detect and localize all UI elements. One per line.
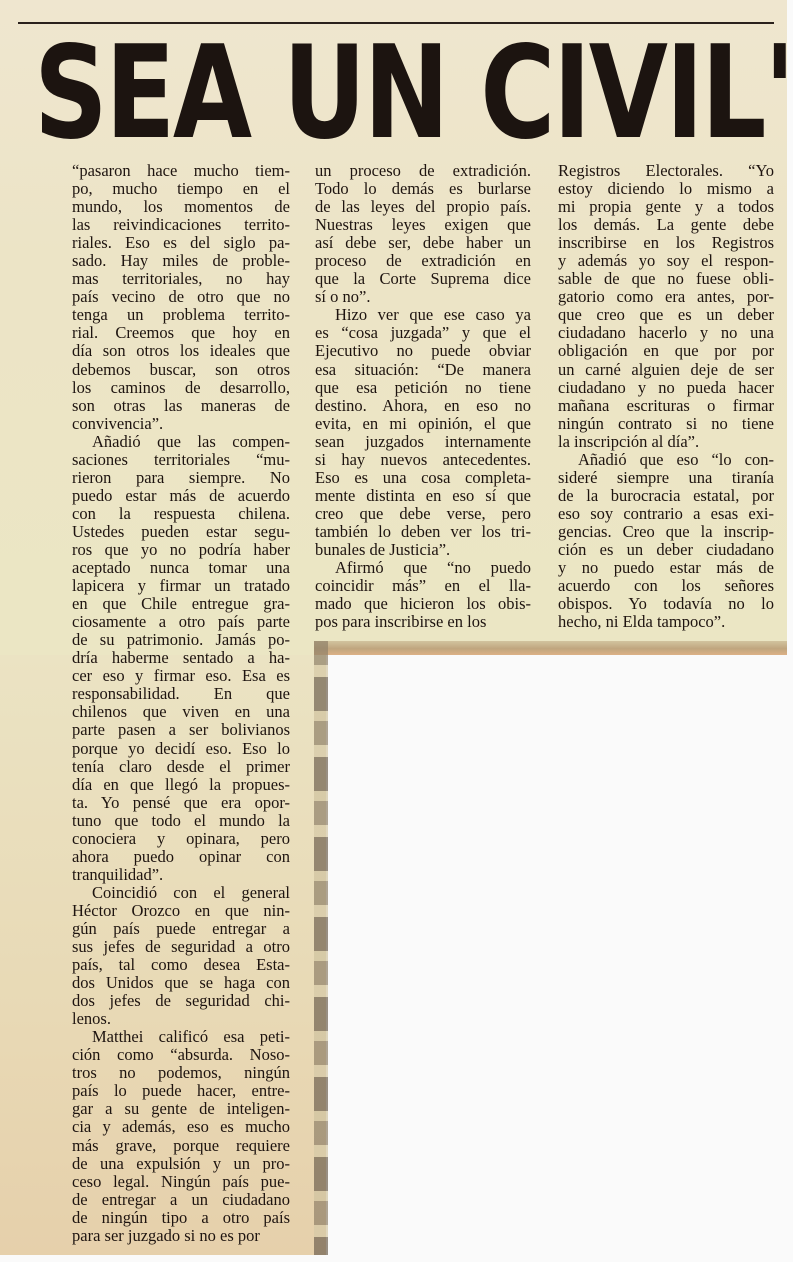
article-text-line: día en que llegó la propues- (72, 776, 290, 794)
article-text-line: ción es un deber ciudadano (558, 541, 774, 559)
article-text-line: de la burocracia estatal, por (558, 487, 774, 505)
article-text-line: Héctor Orozco en que nin- (72, 902, 290, 920)
article-text-line: ciosamente a otro país parte (72, 613, 290, 631)
article-text-line: convivencia”. (72, 415, 290, 433)
article-text-line: ción como “absurda. Noso- (72, 1046, 290, 1064)
article-text-line: obligación en que por por (558, 342, 774, 360)
article-text-line: Ustedes pueden estar segu- (72, 523, 290, 541)
article-text-line: así debe ser, debe haber un (315, 234, 531, 252)
article-text-line: los caminos de desarrollo, (72, 379, 290, 397)
article-text-line: Nuestras leyes exigen que (315, 216, 531, 234)
article-text-line: mundo, los momentos de (72, 198, 290, 216)
article-text-line: Afirmó que “no puedo (315, 559, 531, 577)
article-text-line: más grave, porque requiere (72, 1137, 290, 1155)
article-text-line: lapicera y firmar un tratado (72, 577, 290, 595)
article-text-line: ceso legal. Ningún país pue- (72, 1173, 290, 1191)
article-text-line: tranquilidad”. (72, 866, 290, 884)
article-text-line: acuerdo con los señores (558, 577, 774, 595)
article-text-line: ciudadano y no pueda hacer (558, 379, 774, 397)
article-text-line: pos para inscribirse en los (315, 613, 531, 631)
article-text-line: de entregar a un ciudadano (72, 1191, 290, 1209)
article-text-line: un proceso de extradición. (315, 162, 531, 180)
article-text-line: estoy diciendo lo mismo a (558, 180, 774, 198)
article-text-line: un carné alguien deje de ser (558, 361, 774, 379)
clipping-cut-edge-top (314, 641, 787, 655)
headline: SEA UN CIVIL" (34, 34, 634, 154)
article-text-line: mente distinta en eso sí que (315, 487, 531, 505)
article-text-line: porque yo decidí eso. Eso lo (72, 740, 290, 758)
article-text-line: si hay nuevos antecedentes. (315, 451, 531, 469)
article-text-line: aceptado nunca tomar una (72, 559, 290, 577)
article-text-line: inscribirse en los Registros (558, 234, 774, 252)
article-text-line: ta. Yo pensé que era opor- (72, 794, 290, 812)
article-text-line: tenga un problema territo- (72, 306, 290, 324)
article-text-line: riales. Eso es del siglo pa- (72, 234, 290, 252)
article-text-line: proceso de extradición en (315, 252, 531, 270)
article-text-line: Coincidió con el general (72, 884, 290, 902)
article-text-line: cia y además, eso es mucho (72, 1118, 290, 1136)
article-text-line: Eso es una cosa completa- (315, 469, 531, 487)
article-text-line: bunales de Justicia”. (315, 541, 531, 559)
article-text-line: gencias. Creo que la inscrip- (558, 523, 774, 541)
article-text-line: eso soy contrario a esas exi- (558, 505, 774, 523)
article-text-line: país, tal como desea Esta- (72, 956, 290, 974)
article-text-line: rieron para siempre. No (72, 469, 290, 487)
article-text-line: mado que hicieron los obis- (315, 595, 531, 613)
article-text-line: para ser juzgado si no es por (72, 1227, 290, 1245)
article-text-line: lenos. (72, 1010, 290, 1028)
article-text-line: Añadió que eso “lo con- (558, 451, 774, 469)
article-text-line: parte pasen a ser bolivianos (72, 721, 290, 739)
article-text-line: sideré siempre una tiranía (558, 469, 774, 487)
article-text-line: Hizo ver que ese caso ya (315, 306, 531, 324)
article-text-line: chilenos que viven en una (72, 703, 290, 721)
article-text-line: sí o no”. (315, 288, 531, 306)
article-text-line: gar a su gente de inteligen- (72, 1100, 290, 1118)
article-text-line: tuno que todo el mundo la (72, 812, 290, 830)
article-text-line: y además yo soy el respon- (558, 252, 774, 270)
article-text-line: tros no podemos, ningún (72, 1064, 290, 1082)
article-text-line: hecho, ni Elda tampoco”. (558, 613, 774, 631)
article-text-line: ahora puedo opinar con (72, 848, 290, 866)
article-text-line: Registros Electorales. “Yo (558, 162, 774, 180)
article-text-line: saciones territoriales “mu- (72, 451, 290, 469)
article-text-line: sus jefes de seguridad a otro (72, 938, 290, 956)
article-text-line: Añadió que las compen- (72, 433, 290, 451)
article-text-line: Todo lo demás es burlarse (315, 180, 531, 198)
article-text-line: que la Corte Suprema dice (315, 270, 531, 288)
article-text-line: “pasaron hace mucho tiem- (72, 162, 290, 180)
article-text-line: mi propia gente y a todos (558, 198, 774, 216)
article-text-line: tenía claro desde el primer (72, 758, 290, 776)
article-text-line: con la respuesta chilena. (72, 505, 290, 523)
article-text-line: es “cosa juzgada” y que el (315, 324, 531, 342)
article-column-1: “pasaron hace mucho tiem-po, mucho tiemp… (72, 162, 290, 1245)
article-text-line: país lo puede hacer, entre- (72, 1082, 290, 1100)
article-text-line: dos Unidos que se haga con (72, 974, 290, 992)
article-text-line: puedo estar más de acuerdo (72, 487, 290, 505)
article-text-line: Ejecutivo no puede obviar (315, 342, 531, 360)
article-text-line: conociera y opinara, pero (72, 830, 290, 848)
article-text-line: sean juzgados internamente (315, 433, 531, 451)
article-column-3: Registros Electorales. “Yoestoy diciendo… (558, 162, 774, 631)
article-text-line: también lo deben ver los tri- (315, 523, 531, 541)
article-text-line: responsabilidad. En que (72, 685, 290, 703)
article-text-line: coincidir más” en el lla- (315, 577, 531, 595)
clipping-cut-edge-left (314, 641, 328, 1255)
article-text-line: sado. Hay miles de proble- (72, 252, 290, 270)
article-text-line: evita, en mi opinión, el que (315, 415, 531, 433)
article-text-line: y no puedo estar más de (558, 559, 774, 577)
article-text-line: dos jefes de seguridad chi- (72, 992, 290, 1010)
article-text-line: cer eso y firmar eso. Esa es (72, 667, 290, 685)
article-text-line: de su patrimonio. Jamás po- (72, 631, 290, 649)
article-text-line: po, mucho tiempo en el (72, 180, 290, 198)
article-column-2: un proceso de extradición.Todo lo demás … (315, 162, 531, 631)
article-text-line: ros que yo no podría haber (72, 541, 290, 559)
article-text-line: creo que debe verse, pero (315, 505, 531, 523)
article-text-line: gún país puede entregar a (72, 920, 290, 938)
article-text-line: Matthei calificó esa peti- (72, 1028, 290, 1046)
article-text-line: los demás. La gente debe (558, 216, 774, 234)
article-text-line: debemos buscar, son otros (72, 361, 290, 379)
article-text-line: de las leyes del propio país. (315, 198, 531, 216)
article-text-line: dría haberme sentado a ha- (72, 649, 290, 667)
article-text-line: esa situación: “De manera (315, 361, 531, 379)
article-text-line: en que Chile entregue gra- (72, 595, 290, 613)
blank-area (328, 655, 793, 1262)
article-text-line: país vecino de otro que no (72, 288, 290, 306)
article-text-line: ningún contrato si no tiene (558, 415, 774, 433)
article-text-line: son otras las maneras de (72, 397, 290, 415)
article-text-line: que esa petición no tiene (315, 379, 531, 397)
article-text-line: ciudadano hacerlo y no una (558, 324, 774, 342)
article-text-line: la inscripción al día”. (558, 433, 774, 451)
article-text-line: de ningún tipo a otro país (72, 1209, 290, 1227)
article-text-line: sable de que no fuese obli- (558, 270, 774, 288)
article-text-line: gatorio como era antes, por- (558, 288, 774, 306)
article-text-line: de una expulsión y un pro- (72, 1155, 290, 1173)
article-text-line: día son otros los ideales que (72, 342, 290, 360)
article-text-line: mañana escrituras o firmar (558, 397, 774, 415)
article-text-line: destino. Ahora, en eso no (315, 397, 531, 415)
article-text-line: que creo que es un deber (558, 306, 774, 324)
article-text-line: obispos. Yo todavía no lo (558, 595, 774, 613)
article-text-line: las reivindicaciones territo- (72, 216, 290, 234)
article-text-line: mas territoriales, no hay (72, 270, 290, 288)
article-text-line: rial. Creemos que hoy en (72, 324, 290, 342)
